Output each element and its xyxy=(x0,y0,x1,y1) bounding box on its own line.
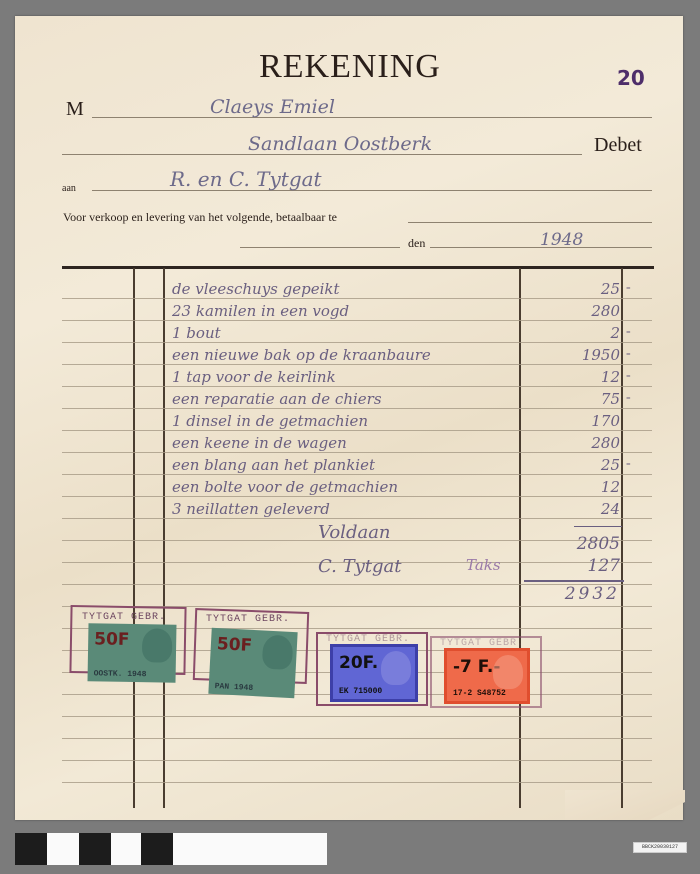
payable-at-line xyxy=(408,222,652,223)
line-item-description: 1 dinsel in de getmachien xyxy=(172,412,368,430)
subtotal-underline xyxy=(574,526,622,527)
line-item-amount: 25 xyxy=(550,280,620,298)
line-item-amount: 75 xyxy=(550,390,620,408)
line-item-description: 23 kamilen in een vogd xyxy=(172,302,349,320)
to-label: aan xyxy=(62,183,76,194)
paid-note: Voldaan xyxy=(318,522,391,543)
line-item-description: een bolte voor de getmachien xyxy=(172,478,398,496)
document-title: REKENING xyxy=(0,48,700,86)
tax-amount: 127 xyxy=(550,556,620,576)
archive-barcode-label: BBCK20030127 xyxy=(633,842,687,853)
total-underline xyxy=(524,580,624,582)
line-item-amount: 1950 xyxy=(550,346,620,364)
line-item-amount: 24 xyxy=(550,500,620,518)
line-item-dash: - xyxy=(626,456,631,472)
line-item-amount: 25 xyxy=(550,456,620,474)
line-item-amount: 12 xyxy=(550,368,620,386)
invoice-year: 1948 xyxy=(540,230,583,250)
line-item-description: een keene in de wagen xyxy=(172,434,347,452)
line-item-amount: 12 xyxy=(550,478,620,496)
stamp-overprint: TYTGAT GEBR. xyxy=(206,614,290,625)
line-item-dash: - xyxy=(626,346,631,362)
line-item-amount: 170 xyxy=(550,412,620,430)
line-item-dash: - xyxy=(626,368,631,384)
fiscal-stamp: 50F OOSTK. 1948 xyxy=(88,623,177,683)
fiscal-stamp: -7 F.- 17-2 S48752 xyxy=(444,648,530,704)
recipient-address: Sandlaan Oostberk xyxy=(248,133,432,155)
line-item-dash: - xyxy=(626,390,631,406)
date-label: den xyxy=(408,236,425,251)
line-item-description: de vleeschuys gepeikt xyxy=(172,280,340,298)
line-item-description: 1 bout xyxy=(172,324,221,342)
table-top-border xyxy=(62,266,654,269)
fiscal-stamp: 50F PAN 1948 xyxy=(208,628,297,698)
terms-label: Voor verkoop en levering van het volgend… xyxy=(63,210,337,225)
invoice-number-stamp: 20 xyxy=(617,66,645,90)
recipient-line xyxy=(92,117,652,118)
tax-note: Taks xyxy=(466,556,501,574)
fiscal-stamp: 20F. EK 715000 xyxy=(330,644,418,702)
line-item-description: 3 neillatten geleverd xyxy=(172,500,330,518)
subtotal-amount: 2805 xyxy=(550,534,620,554)
line-item-description: een reparatie aan de chiers xyxy=(172,390,382,408)
supplier-name: R. en C. Tytgat xyxy=(170,167,322,191)
line-item-amount: 280 xyxy=(550,302,620,320)
table-column-divider-4 xyxy=(621,268,623,808)
line-item-dash: - xyxy=(626,324,631,340)
line-item-dash: - xyxy=(626,280,631,296)
date-line-left xyxy=(240,247,400,248)
line-item-description: een nieuwe bak op de kraanbaure xyxy=(172,346,431,364)
table-column-divider-3 xyxy=(519,268,521,808)
line-item-amount: 2 xyxy=(550,324,620,342)
recipient-prefix-label: M xyxy=(66,98,84,121)
line-item-description: een blang aan het plankiet xyxy=(172,456,375,474)
table-column-divider-1 xyxy=(133,268,135,808)
table-column-divider-2 xyxy=(163,268,165,808)
line-item-description: 1 tap voor de keirlink xyxy=(172,368,336,386)
stamp-overprint: TYTGAT GEBR. xyxy=(82,612,166,623)
grand-total-amount: 2932 xyxy=(550,584,620,604)
line-item-amount: 280 xyxy=(550,434,620,452)
signature: C. Tytgat xyxy=(318,556,401,577)
debet-label: Debet xyxy=(594,134,642,157)
recipient-name: Claeys Emiel xyxy=(210,96,335,118)
